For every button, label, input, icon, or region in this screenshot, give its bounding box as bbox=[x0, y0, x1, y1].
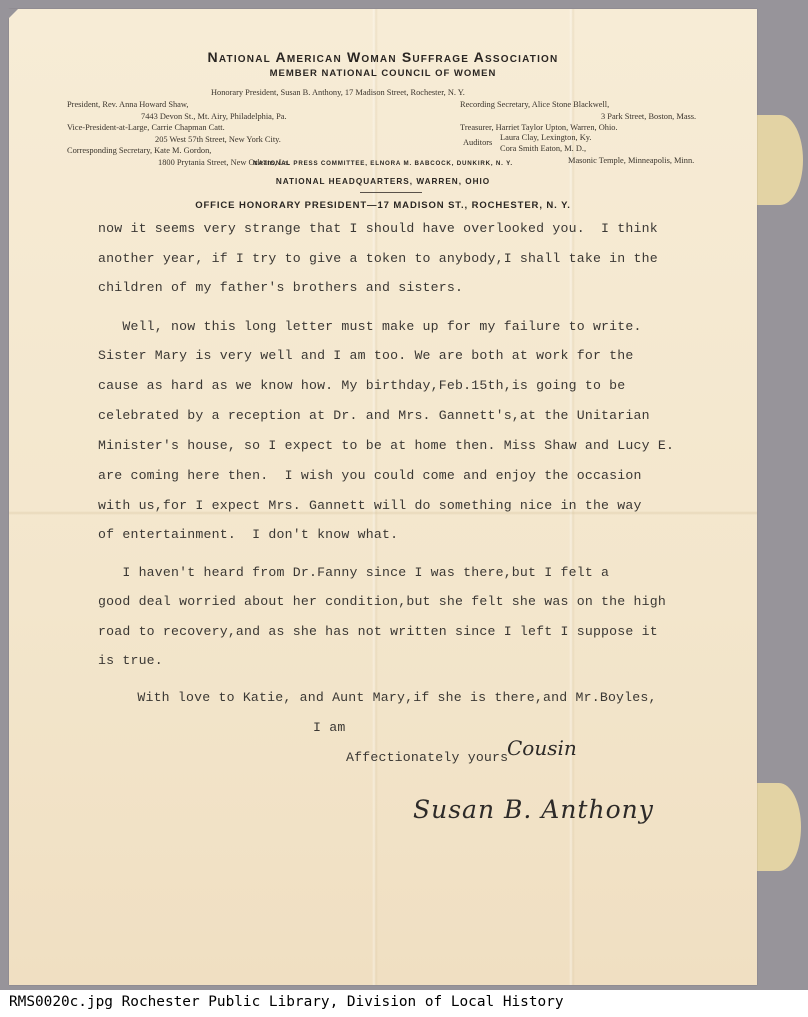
mount-tab-top bbox=[757, 115, 803, 205]
letter-line: is true. bbox=[98, 653, 163, 668]
letter-line: celebrated by a reception at Dr. and Mrs… bbox=[98, 408, 650, 423]
letter-line: road to recovery,and as she has not writ… bbox=[98, 624, 658, 639]
image-caption: RMS0020c.jpg Rochester Public Library, D… bbox=[9, 994, 564, 1010]
letter-line: good deal worried about her condition,bu… bbox=[98, 594, 666, 609]
letter-line: children of my father's brothers and sis… bbox=[98, 280, 463, 295]
handwritten-cousin: Cousin bbox=[507, 736, 577, 760]
letter-body: now it seems very strange that I should … bbox=[9, 9, 757, 985]
letter-line: with us,for I expect Mrs. Gannett will d… bbox=[98, 498, 642, 513]
letter-page: National American Woman Suffrage Associa… bbox=[9, 9, 757, 985]
letter-line: Well, now this long letter must make up … bbox=[98, 319, 642, 334]
letter-line: Minister's house, so I expect to be at h… bbox=[98, 438, 674, 453]
letter-line: of entertainment. I don't know what. bbox=[98, 527, 398, 542]
mount-tab-bottom bbox=[757, 783, 801, 871]
letter-line: I haven't heard from Dr.Fanny since I wa… bbox=[98, 565, 609, 580]
letter-line: now it seems very strange that I should … bbox=[98, 221, 658, 236]
letter-line: another year, if I try to give a token t… bbox=[98, 251, 658, 266]
letter-line: cause as hard as we know how. My birthda… bbox=[98, 378, 625, 393]
signature: Susan B. Anthony bbox=[413, 795, 654, 824]
closing-i-am: I am bbox=[313, 720, 345, 735]
letter-line: are coming here then. I wish you could c… bbox=[98, 468, 642, 483]
letter-line: With love to Katie, and Aunt Mary,if she… bbox=[113, 690, 657, 705]
closing-affectionately: Affectionately yours bbox=[346, 750, 508, 765]
letter-line: Sister Mary is very well and I am too. W… bbox=[98, 348, 634, 363]
